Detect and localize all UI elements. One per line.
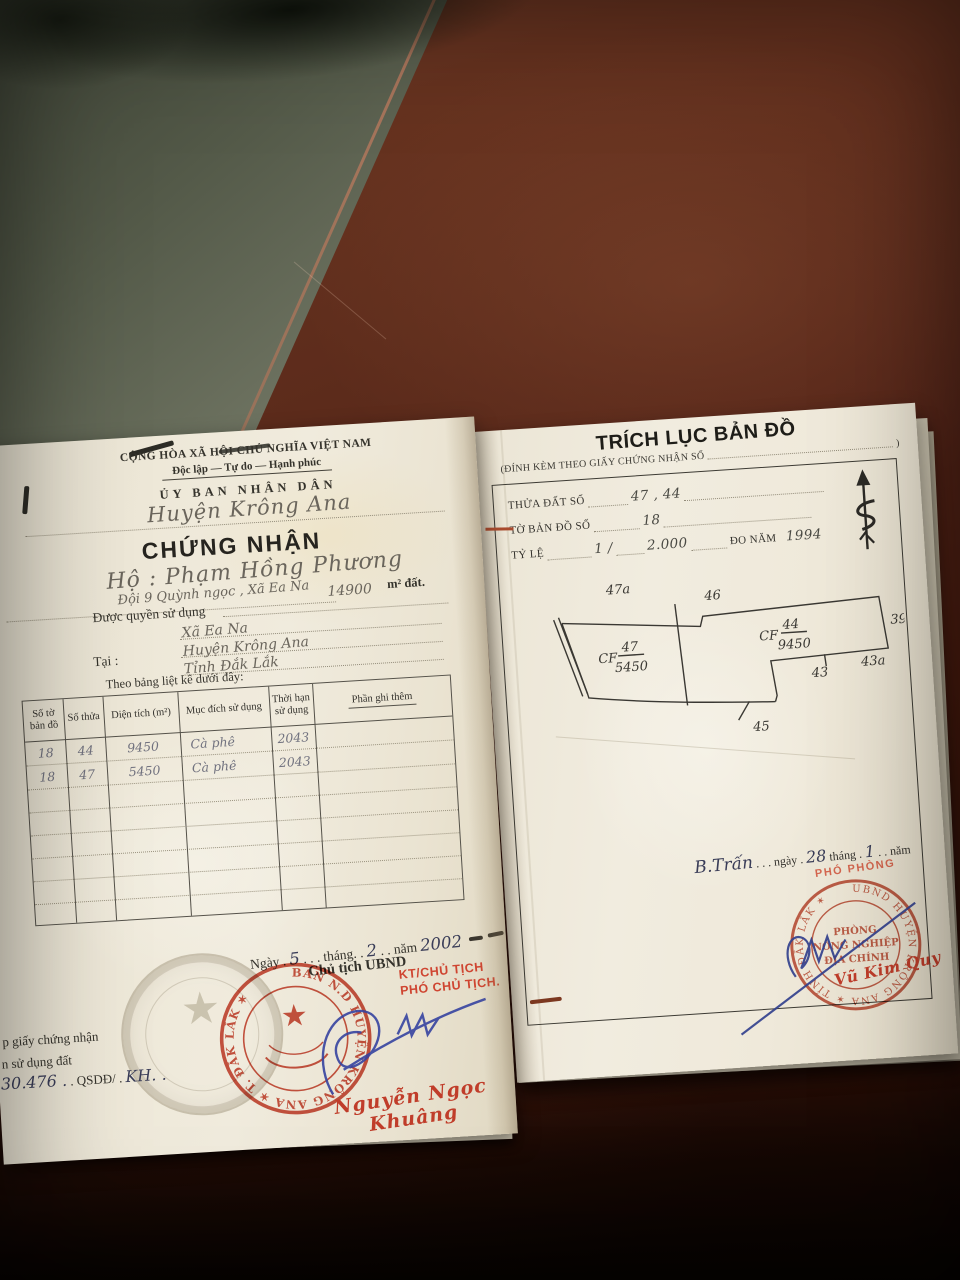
dotted-fill [663, 505, 812, 528]
parcel-divider [675, 604, 688, 706]
ink-mark [22, 486, 29, 514]
map-label-43: 43 [810, 665, 829, 681]
registry-suffix-handwritten: KH. . [125, 1065, 167, 1086]
parcel-sketch-map: 47a 46 39 43 43a 45 CF 47 5450 CF 44 945… [529, 555, 912, 755]
boundary-tick [737, 701, 750, 720]
column-header: Phần ghi thêm [347, 691, 416, 709]
map-sheet-cell: 18 [25, 740, 66, 766]
red-tick-mark [485, 527, 513, 530]
parcel-number-value: 47 , 44 [630, 485, 681, 504]
dotted-fill [587, 492, 628, 508]
map-frame-box: THỬA ĐẤT SỐ 47 , 44 TỜ BẢN ĐỒ SỐ 18 TỶ L… [492, 458, 933, 1026]
term-cell: 2043 [272, 749, 317, 776]
certificate-page: CỘNG HÒA XÃ HỘI CHỦ NGHĨA VIỆT NAM Độc l… [0, 417, 518, 1165]
date-print: tháng . [829, 847, 863, 864]
column-header: Mục đích sử dụng [177, 687, 270, 732]
parcel-right-area: 9450 [777, 636, 811, 653]
scale-value-1: 1 / [594, 540, 614, 557]
registry-code: . QSDĐ/ . [70, 1070, 123, 1088]
map-sheet-label: TỜ BẢN ĐỒ SỐ [509, 520, 591, 537]
area-cell: 5450 [106, 757, 182, 786]
column-header: Số thửa [63, 697, 105, 739]
map-date-line: B.Trấn . . . ngày . 28 tháng . 1 . . năm [694, 838, 912, 878]
dotted-fill [684, 479, 825, 501]
column-header: Số tờ bản đồ [23, 699, 65, 741]
term-cell: 2043 [271, 725, 316, 752]
ink-mark [469, 936, 483, 941]
area-value-handwritten: 14900 [327, 581, 372, 600]
scale-value-2: 2.000 [647, 535, 689, 554]
at-label: Tại : [93, 653, 119, 671]
column-header: Thời hạn sử dụng [268, 684, 314, 727]
survey-year-label: ĐO NĂM [730, 532, 777, 547]
parcel-left-number: 47 [620, 640, 639, 656]
road-line [554, 619, 583, 698]
dotted-fill [616, 541, 645, 556]
parcel-right-number: 44 [781, 617, 800, 633]
registry-line1: p giấy chứng nhận [2, 1029, 99, 1051]
parcel-number-label: THỬA ĐẤT SỐ [508, 495, 586, 512]
usage-rights-label: Được quyền sử dụng [92, 603, 206, 626]
map-label-43a: 43a [860, 653, 886, 670]
map-label-39: 39 [890, 612, 908, 628]
map-label-47a: 47a [604, 582, 630, 599]
ink-mark [487, 931, 503, 938]
dotted-rule [223, 602, 449, 617]
parcel-right-cf: CF [759, 628, 780, 644]
parcel-left-area: 5450 [614, 659, 648, 676]
dotted-fill [547, 545, 592, 561]
day-handwritten: 28 [805, 846, 827, 867]
parcel-cell: 44 [65, 738, 106, 764]
registry-line2: n sử dụng đất [1, 1052, 72, 1072]
map-sheet-value: 18 [642, 512, 661, 529]
parcel-table: Số tờ bản đồ Số thửa Diện tích (m²) Mục … [22, 674, 465, 926]
attachment-close: ) [896, 438, 900, 449]
month-handwritten: 1 [864, 841, 876, 861]
registry-number-handwritten: 30.476 . [0, 1071, 67, 1094]
scale-label: TỶ LỆ [511, 548, 545, 562]
date-print: . . . ngày . [755, 852, 803, 870]
dotted-fill [593, 516, 640, 532]
survey-year-value: 1994 [785, 526, 822, 544]
place-handwritten: B.Trấn [694, 853, 754, 878]
parcel-cell: 47 [66, 762, 107, 788]
map-extract-page: TRÍCH LỤC BẢN ĐỒ (ĐÍNH KÈM THEO GIẤY CHỨ… [474, 403, 958, 1083]
map-label-45: 45 [752, 719, 771, 735]
dotted-fill [690, 536, 727, 551]
column-header: Diện tích (m²) [102, 692, 179, 737]
map-label-46: 46 [703, 588, 722, 604]
north-arrow-icon [844, 466, 886, 560]
dotted-fill [708, 446, 894, 459]
map-sheet-cell: 18 [27, 764, 68, 790]
area-unit-label: m² đất. [387, 575, 426, 592]
